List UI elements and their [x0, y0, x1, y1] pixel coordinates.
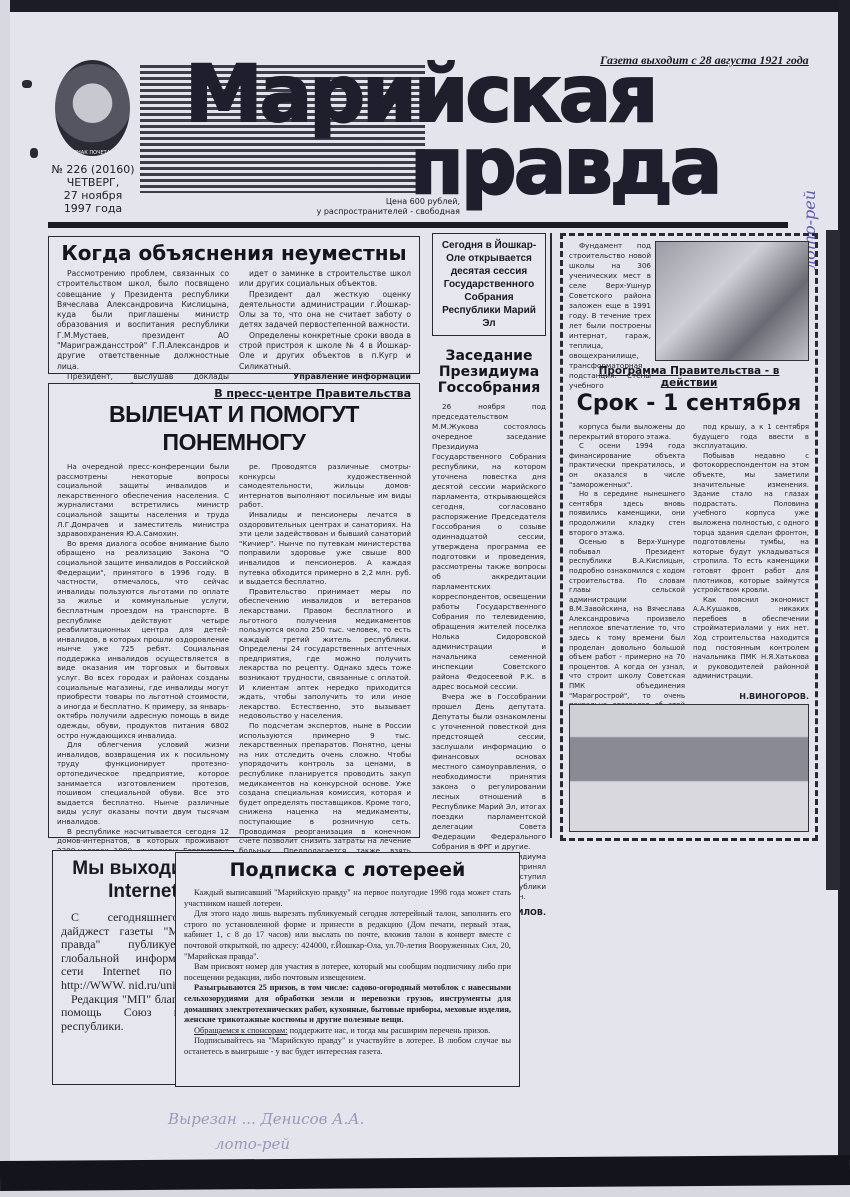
paragraph: Вчера же в Госсобрании прошел День депут…: [432, 692, 546, 852]
paragraph: С осени 1994 года финансирование объекта…: [569, 442, 685, 490]
article-deadline: Фундамент под строительство новой школы …: [560, 233, 818, 841]
paragraph: 26 ноября под председательством М.М.Жуко…: [432, 402, 546, 692]
scan-speck: [22, 80, 32, 88]
photo-mason: [655, 241, 809, 361]
article-headline: Подписка с лотереей: [184, 857, 511, 883]
handwritten-note-line2: лото-рей: [215, 1135, 290, 1153]
article-schools: Когда объяснения неуместны Рассмотрению …: [48, 236, 420, 374]
article-lottery: Подписка с лотереей Каждый выписавший "М…: [175, 852, 520, 1087]
paragraph: корпуса были выложены до перекрытий втор…: [569, 423, 685, 442]
rubric-kicker: В пресс-центре Правительства: [57, 387, 411, 400]
handwritten-note-line1: Вырезан ... Денисов А.А.: [168, 1110, 364, 1128]
paragraph: Как пояснил экономист А.А.Кушаков, никак…: [693, 596, 809, 682]
announcement-text: Сегодня в Йошкар-Оле открывается десятая…: [437, 239, 541, 330]
price-line: Цена 600 рублей,: [310, 197, 460, 207]
paragraph: Для этого надо лишь вырезать публикуемый…: [184, 909, 511, 962]
article-column: 26 ноября под председательством М.М.Жуко…: [432, 402, 546, 902]
paragraph: Но в середине нынешнего сентября здесь в…: [569, 490, 685, 538]
paragraph: Рассмотрению проблем, связанных со строи…: [57, 269, 229, 372]
sponsors-label: Обращаемся к спонсорам:: [194, 1026, 288, 1035]
paragraph: Во время диалога особое внимание было об…: [57, 539, 229, 740]
article-session: Сегодня в Йошкар-Оле открывается десятая…: [428, 233, 552, 838]
paragraph: Каждый выписавший "Марийскую правду" на …: [184, 888, 511, 909]
paragraph-prizes: Разыгрываются 25 призов, в том числе: са…: [184, 983, 511, 1025]
scan-speck: [30, 148, 38, 158]
article-headline: Когда объяснения неуместны: [57, 241, 411, 265]
issue-number: № 226 (20160): [48, 163, 138, 176]
paragraph: Правительство принимает меры по обеспече…: [239, 587, 411, 721]
scan-edge-strip: [826, 230, 840, 890]
price-distributor-line: у распространителей - свободная: [310, 207, 460, 217]
article-headline: Срок - 1 сентября: [569, 389, 809, 419]
issue-year: 1997 года: [48, 202, 138, 215]
issue-info: № 226 (20160) ЧЕТВЕРГ, 27 ноября 1997 го…: [48, 163, 138, 215]
paragraph: поддержите нас, и тогда мы расширим пере…: [288, 1026, 491, 1035]
price-info: Цена 600 рублей, у распространителей - с…: [310, 197, 460, 217]
article-headline: Заседание Президиума Госсобрания: [432, 348, 546, 396]
masthead-rule: [48, 222, 788, 228]
paragraph: Для облегчения условий жизни инвалидов, …: [57, 740, 229, 826]
paragraph: Побывав недавно с фотокорреспондентом на…: [693, 452, 809, 596]
article-headline: ВЫЛЕЧАТ И ПОМОГУТ ПОНЕМНОГУ: [57, 400, 411, 456]
scan-edge-bottom: [0, 1155, 850, 1191]
session-announcement: Сегодня в Йошкар-Оле открывается десятая…: [432, 233, 546, 336]
photo-construction: [569, 704, 809, 832]
paragraph: На очередной пресс-конференции были расс…: [57, 462, 229, 539]
article-column: Каждый выписавший "Марийскую правду" на …: [184, 888, 511, 1058]
paragraph: идет о заминке в строительстве школ или …: [239, 269, 411, 290]
paragraph: Президент дал жесткую оценку деятельност…: [239, 290, 411, 331]
order-emblem-icon: [55, 60, 130, 156]
paragraph: Вам присвоят номер для участия в лотерее…: [184, 962, 511, 983]
issue-weekday: ЧЕТВЕРГ,: [48, 176, 138, 189]
paragraph: Подписывайтесь на "Марийскую правду" и у…: [184, 1036, 511, 1057]
article-intro: Фундамент под строительство новой школы …: [569, 241, 651, 361]
paragraph: Определены конкретные сроки ввода в стро…: [239, 331, 411, 372]
issue-date: 27 ноября: [48, 189, 138, 202]
paragraph: под крышу, а к 1 сентября будущего года …: [693, 423, 809, 452]
article-signature: Н.ВИНОГОРОВ.: [693, 692, 809, 702]
paragraph: ре. Проводятся различные смотры-конкурсы…: [239, 462, 411, 510]
emblem-caption: ЗНАК ПОЧЕТА: [62, 150, 122, 156]
article-invalids: В пресс-центре Правительства ВЫЛЕЧАТ И П…: [48, 383, 420, 838]
paragraph: Инвалиды и пенсионеры лечатся в оздорови…: [239, 510, 411, 587]
